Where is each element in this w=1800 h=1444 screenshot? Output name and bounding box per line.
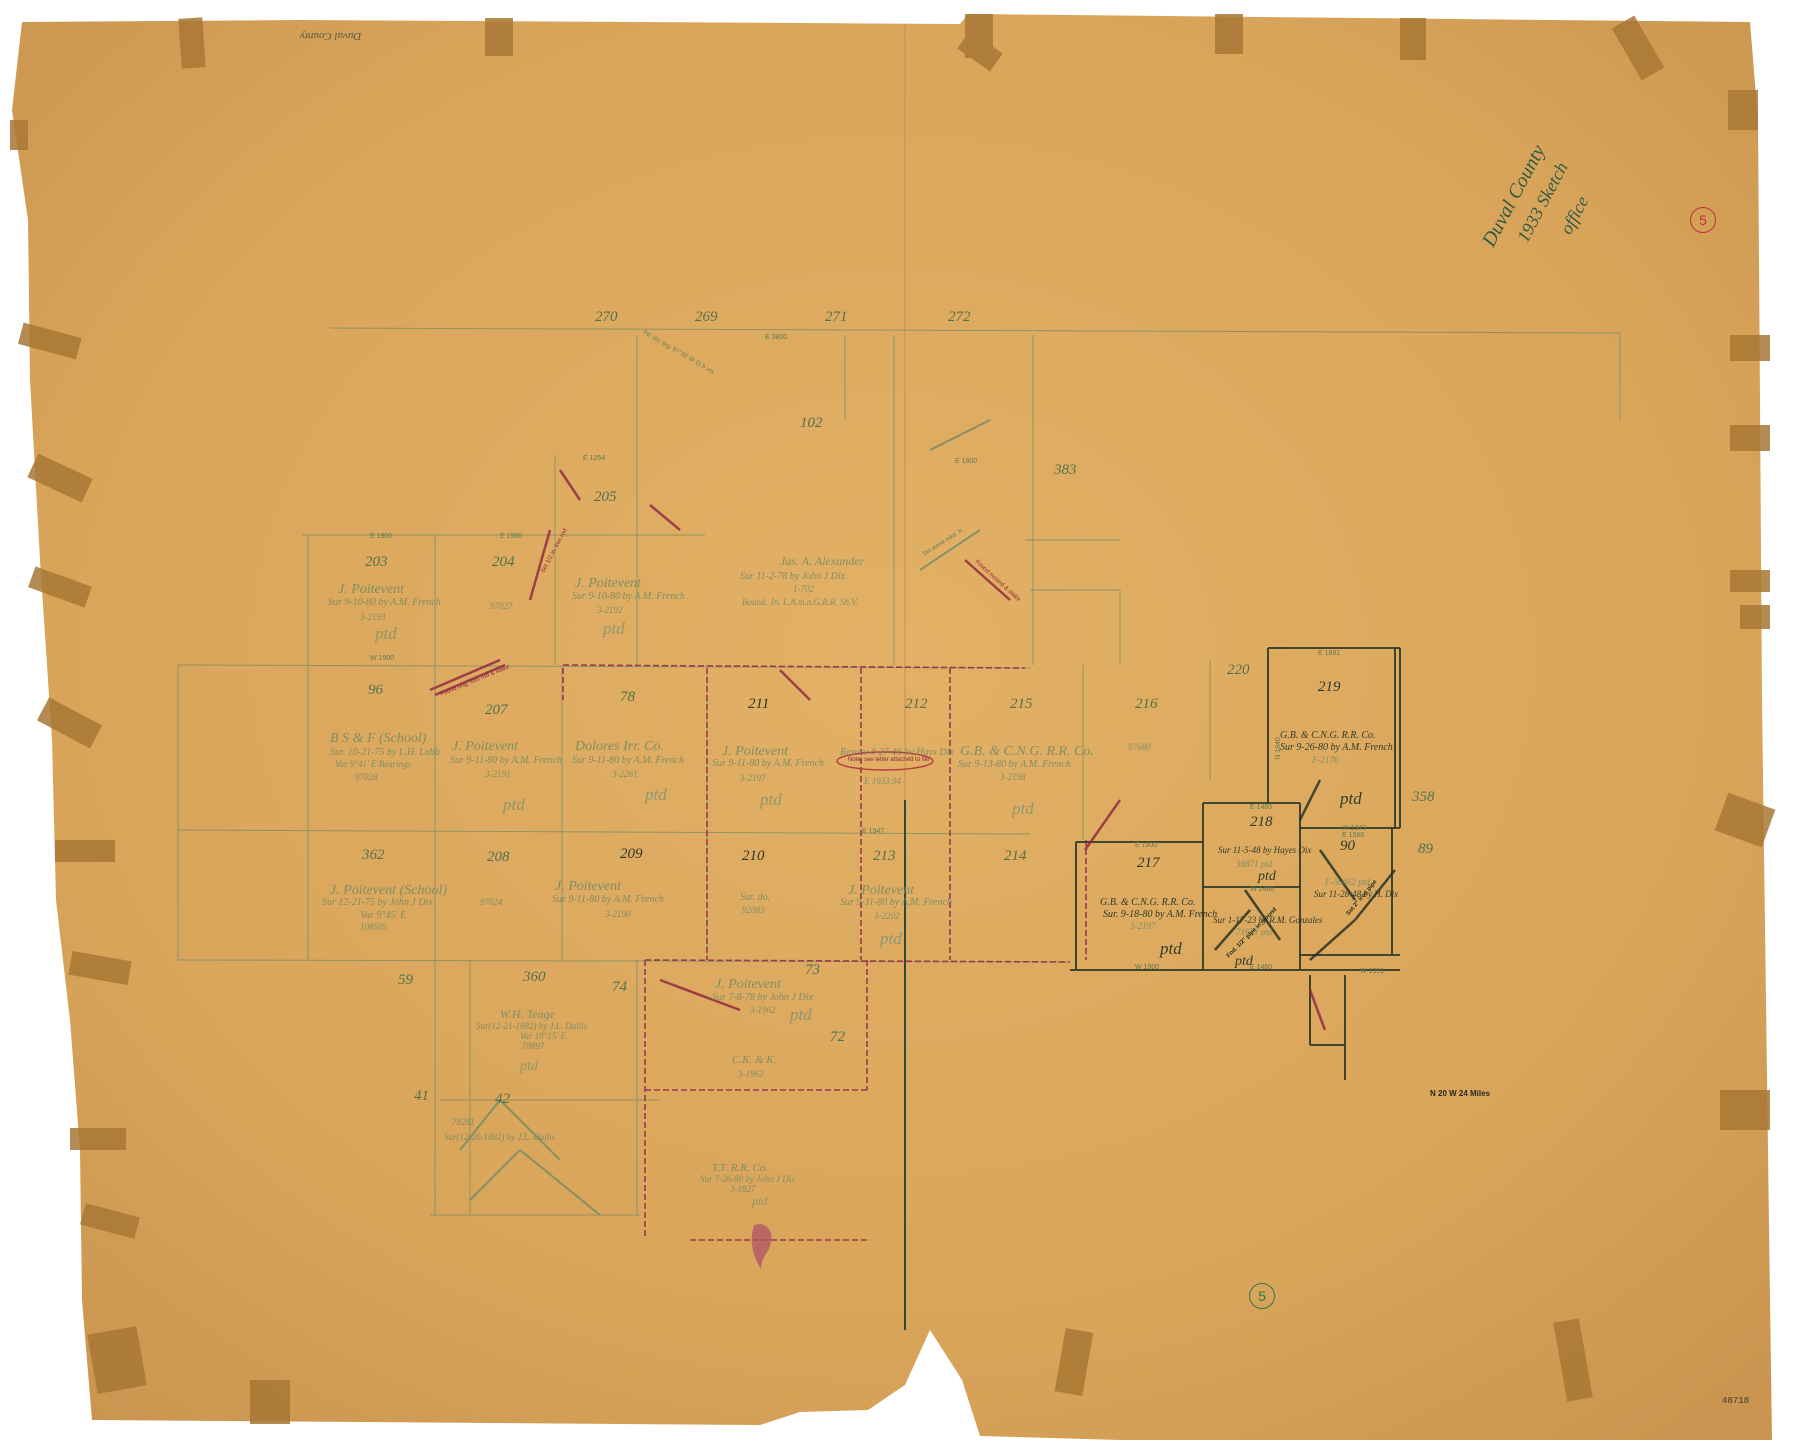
top-edge-note: Duval County: [300, 30, 361, 41]
parcel-204-file: 97027: [490, 602, 513, 611]
parcel-ttrr-survey: Sur 7-26-80 by John J Dix: [700, 1175, 795, 1184]
parcel-215-file: 3-2198: [1000, 773, 1026, 782]
parcel-220: 220: [1227, 663, 1250, 678]
bearing-note: N 20 W 24 Miles: [1430, 1090, 1490, 1098]
parcel-102-survey: Sur 11-2-78 by John J Dix: [740, 572, 845, 582]
dim-e1900-b: E 1900: [500, 533, 522, 540]
parcel-102-note: Bound. Jn. L.A.m.n.G.R.R. Sh.V.: [742, 598, 858, 607]
dim-w1900-a: W 1900: [370, 655, 394, 662]
parcel-362-survey: Sur 12-21-75 by John J Dix: [322, 898, 433, 908]
dim-e1900-a: E 1900: [370, 533, 392, 540]
parcel-205-file: 3-2192: [597, 606, 623, 615]
parcel-218-file: 38871 ptd: [1236, 860, 1272, 869]
parcel-ttrr-status: ptd: [752, 1195, 767, 1207]
parcel-360-owner: W.H. Teage: [500, 1008, 555, 1020]
parcel-219-owner: G.B. & C.N.G. R.R. Co.: [1280, 731, 1376, 741]
parcel-203-file: 3-2193: [360, 613, 386, 622]
parcel-269: 269: [695, 310, 718, 325]
parcel-211-owner: J. Poitevent: [722, 745, 788, 759]
catalog-stamp: 48718: [1722, 1396, 1749, 1406]
parcel-78: 78: [620, 690, 635, 705]
parcel-78-file: 3-2191: [485, 770, 511, 779]
parcel-213-survey: Sur 9-11-80 by A.M. French: [840, 898, 952, 908]
parcel-ttrr-owner: T.T. R.R. Co.: [712, 1163, 768, 1174]
parcel-203-status: ptd: [375, 625, 397, 642]
sheet-number-red-circle: 5: [1690, 207, 1716, 233]
parcel-42-survey: Sur(12-20-1882) by J.L. Dallis: [444, 1133, 555, 1142]
parcel-217-file: 3-2197: [1130, 922, 1156, 931]
parcel-212-note: Note: see letter attached to file: [848, 757, 929, 763]
parcel-360-survey: Sur(12-21-1882) by J.L. Dallis: [476, 1022, 587, 1031]
parcel-210: 210: [742, 849, 765, 864]
dim-e1566: E 1566: [1342, 832, 1364, 839]
parcel-89: 89: [1418, 842, 1433, 857]
parcel-219-survey: Sur 9-26-80 by A.M. French: [1280, 743, 1393, 753]
parcel-72-file: 3-1962: [738, 1070, 764, 1079]
parcel-213-owner: J. Poitevent: [848, 884, 914, 898]
dim-e1947: E 1947: [862, 828, 884, 835]
parcel-213: 213: [873, 849, 896, 864]
parcel-212: 212: [905, 697, 928, 712]
parcel-219-status: ptd: [1340, 790, 1362, 807]
parcel-362-extra: Var 9°45' E: [360, 911, 406, 921]
dim-w1351: W 1351: [1360, 968, 1384, 975]
parcel-210-file: 92083: [742, 906, 765, 915]
parcel-215: 215: [1010, 697, 1033, 712]
parcel-205-survey: Sur 9-10-80 by A.M. French: [572, 592, 685, 602]
parcel-72-owner: C.K. & K.: [732, 1055, 776, 1066]
parcel-74: 74: [612, 980, 627, 995]
parcel-271: 271: [825, 310, 848, 325]
parcel-208-survey: Sur 9-11-80 by A.M. French: [552, 895, 664, 905]
parcel-212-file: E 1933.94: [864, 777, 901, 786]
parcel-96: 96: [368, 683, 383, 698]
parcel-362-file: 108505: [360, 923, 387, 932]
parcel-362-owner: J. Poitevent (School): [330, 884, 447, 898]
parcel-207: 207: [485, 703, 508, 718]
parcel-272: 272: [948, 310, 971, 325]
parcel-78-survey: Sur 9-11-80 by A.M. French: [450, 756, 562, 766]
dim-e1900-c: E 1900: [955, 458, 977, 465]
parcel-218-survey: Sur 11-5-48 by Hayes Dix: [1218, 846, 1311, 855]
dim-e1460: E 1460: [1250, 804, 1272, 811]
parcel-215-status: ptd: [1012, 800, 1034, 817]
parcel-78-status: ptd: [503, 796, 525, 813]
parcel-90: 90: [1340, 839, 1355, 854]
parcel-73-survey: Sur 7-8-78 by John J Dix: [712, 993, 813, 1003]
parcel-207-survey: Sur. 10-21-75 by L.H. Lubb: [330, 748, 440, 758]
parcel-219: 219: [1318, 680, 1341, 695]
parcel-203: 203: [365, 555, 388, 570]
parcel-204: 204: [492, 555, 515, 570]
parcel-217-status: ptd: [1160, 940, 1182, 957]
parcel-208-file: 97024: [480, 898, 503, 907]
parcel-209: 209: [620, 847, 643, 862]
parcel-207-owner: B S & F (School): [330, 732, 426, 746]
parcel-73-status: ptd: [790, 1006, 812, 1023]
dim-n1840: N 1840: [1275, 737, 1282, 760]
parcel-215-survey: Sur 9-13-80 by A.M. French: [958, 760, 1071, 770]
parcel-78-owner: J. Poitevent: [452, 740, 518, 754]
parcel-360-status: ptd: [520, 1060, 538, 1074]
parcel-217-owner: G.B. & C.N.G. R.R. Co.: [1100, 898, 1196, 908]
parcel-360-extra: Var 10°15' E: [520, 1032, 566, 1041]
parcel-205-owner: J. Poitevent: [575, 577, 641, 591]
parcel-270: 270: [595, 310, 618, 325]
parcel-211: 211: [748, 697, 769, 712]
parcel-216: 216: [1135, 697, 1158, 712]
parcel-102-owner: Jas. A. Alexander: [780, 555, 864, 567]
parcel-218: 218: [1250, 815, 1273, 830]
parcel-207-extra: Var 9°41' E Bearings: [335, 760, 411, 769]
sheet-number-green-circle: 5: [1249, 1283, 1275, 1309]
parcel-210-survey: Sur. do.: [740, 893, 770, 903]
parcel-215-owner: G.B. & C.N.G. R.R. Co.: [960, 745, 1094, 759]
parcel-218-status: ptd: [1258, 870, 1276, 884]
dim-e1891: E 1891: [1318, 650, 1340, 657]
parcel-214: 214: [1004, 849, 1027, 864]
parcel-360: 360: [523, 970, 546, 985]
dim-e1254: E 1254: [583, 455, 605, 462]
parcel-217-survey: Sur. 9-18-80 by A.M. French: [1103, 910, 1217, 920]
parcel-362: 362: [362, 848, 385, 863]
parcel-72: 72: [830, 1030, 845, 1045]
parcel-206-status: ptd: [645, 786, 667, 803]
parcel-206-owner: Dolores Irr. Co.: [575, 740, 664, 754]
parcel-219-file: F-2176: [1312, 756, 1339, 765]
parcel-383: 383: [1054, 463, 1077, 478]
parcel-209-file: 3-2190: [605, 910, 631, 919]
dim-e1900-d: E 1900: [1135, 842, 1157, 849]
parcel-73-owner: J. Poitevent: [715, 978, 781, 992]
parcel-358: 358: [1412, 790, 1435, 805]
parcel-211-survey: Sur 9-11-80 by A.M. French: [712, 759, 824, 769]
parcel-102: 102: [800, 416, 823, 431]
parcel-41: 41: [414, 1089, 429, 1104]
parcel-208-owner: J. Poitevent: [555, 880, 621, 894]
parcel-73-file: 3-1962: [750, 1006, 776, 1015]
parcel-203-survey: Sur 9-10-80 by A.M. French: [328, 598, 441, 608]
dim-e1460-b: E 1460: [1250, 964, 1272, 971]
parcel-205-status: ptd: [603, 620, 625, 637]
parcel-203-owner: J. Poitevent: [338, 583, 404, 597]
parcel-207-file: 97028: [355, 773, 378, 782]
parcel-ttrr-file: 3-1827: [730, 1185, 756, 1194]
parcel-73: 73: [805, 963, 820, 978]
parcel-59: 59: [398, 973, 413, 988]
parcel-360-file: 78897: [522, 1042, 545, 1051]
parcel-206-survey: Sur 9-11-80 by A.M. French: [572, 756, 684, 766]
parcel-211-status: ptd: [760, 791, 782, 808]
dim-e3800: E 3800: [765, 334, 787, 341]
parcel-206-file: 3-2261: [612, 770, 638, 779]
parcel-213-status: ptd: [880, 930, 902, 947]
parcel-208: 208: [487, 850, 510, 865]
parcel-102-file: 1-702: [793, 585, 814, 594]
parcel-42: 42: [495, 1092, 510, 1107]
parcel-42-file: 78281: [452, 1118, 475, 1127]
parcel-216-file: 97680: [1128, 743, 1151, 752]
parcel-90-survey: Sur 11-28-48 by H. Dix: [1314, 890, 1398, 899]
parcel-211-file: 3-2197: [740, 774, 766, 783]
dim-w1373: W 1373: [1342, 825, 1366, 832]
parcel-213-file: 3-2202: [874, 912, 900, 921]
dim-w1900-b: W 1900: [1135, 964, 1159, 971]
dim-w1460: W 1460: [1250, 886, 1274, 893]
parcel-90-file: F-56462 ptd: [1325, 878, 1370, 887]
parcel-205: 205: [594, 490, 617, 505]
parcel-217: 217: [1137, 856, 1160, 871]
